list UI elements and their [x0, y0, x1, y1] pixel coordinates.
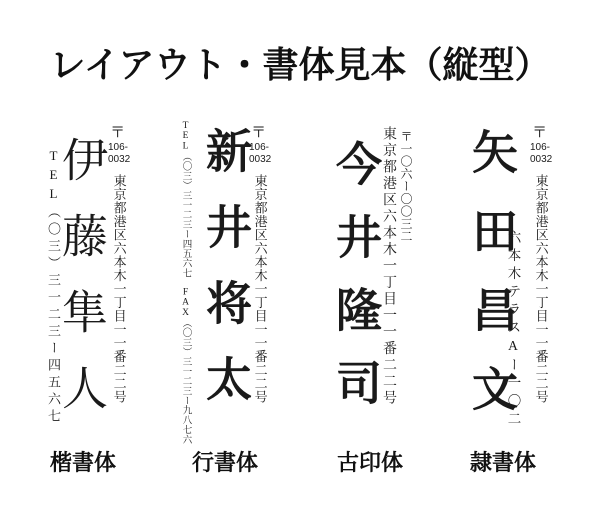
name-text: 矢田昌文 [468, 128, 514, 444]
zip-code: 106-0032 [108, 142, 130, 166]
postal-mark: 〒 [530, 124, 546, 139]
column-reisho: 〒106-0032東京都港区六本木一丁目一一番二二号 六本木テラスAー一〇二 矢… [464, 118, 564, 448]
postal-address-line: 〒106-0032東京都港区六本木一丁目一一番二二号 [108, 124, 130, 404]
typeface-label-koin: 古印体 [337, 446, 403, 477]
postal-mark: 〒 [249, 124, 265, 139]
name-text: 今井隆司 [332, 140, 378, 432]
column-gyosho: 〒106-0032東京都港区六本木一丁目一一番二二号 新井将太 TEL（〇三）三… [176, 118, 276, 448]
tel-text: TEL（〇三）三一二三ー四五六七 [47, 148, 60, 426]
typeface-label-reisho: 隷書体 [470, 446, 536, 477]
postal-mark: 〒 [108, 124, 124, 139]
postal-code-vertical: 〒一〇六ー〇〇三二 [400, 130, 412, 243]
column-koin: 〒一〇六ー〇〇三二 東京都港区六本木一丁目一一番二二号 今井隆司 [328, 118, 420, 448]
zip-code: 106-0032 [249, 142, 271, 166]
typeface-specimen-sheet: レイアウト・書体見本（縦型） 〒106-0032東京都港区六本木一丁目一一番二二… [0, 0, 600, 519]
zip-line-1: 106- [108, 142, 130, 154]
zip-line-2: 0032 [249, 154, 271, 166]
tel-fax-text: TEL（〇三）三一二三ー四五六七 FAX（〇三）三一二三ー九八七六 [180, 121, 190, 444]
zip-code: 106-0032 [530, 142, 552, 166]
name-text: 新井将太 [202, 127, 248, 431]
zip-line-2: 0032 [530, 154, 552, 166]
name-text: 伊藤隼人 [58, 136, 104, 440]
column-kaisho: 〒106-0032東京都港区六本木一丁目一一番二二号 伊藤隼人 TEL（〇三）三… [42, 118, 138, 448]
zip-line-2: 0032 [108, 154, 130, 166]
address-text: 東京都港区六本木一丁目一一番二二号 [381, 126, 395, 407]
address-text: 東京都港区六本木一丁目一一番二二号 [113, 174, 126, 404]
typeface-label-kaisho: 楷書体 [50, 446, 116, 477]
postal-address-line: 〒106-0032東京都港区六本木一丁目一一番二二号 [530, 124, 552, 404]
typeface-label-gyosho: 行書体 [192, 446, 258, 477]
zip-line-1: 106- [530, 142, 552, 154]
page-title: レイアウト・書体見本（縦型） [0, 37, 600, 88]
address-text: 東京都港区六本木一丁目一一番二二号 [535, 174, 548, 404]
zip-line-1: 106- [249, 142, 271, 154]
address-text: 東京都港区六本木一丁目一一番二二号 [254, 174, 267, 404]
postal-address-line: 〒106-0032東京都港区六本木一丁目一一番二二号 [249, 124, 271, 404]
